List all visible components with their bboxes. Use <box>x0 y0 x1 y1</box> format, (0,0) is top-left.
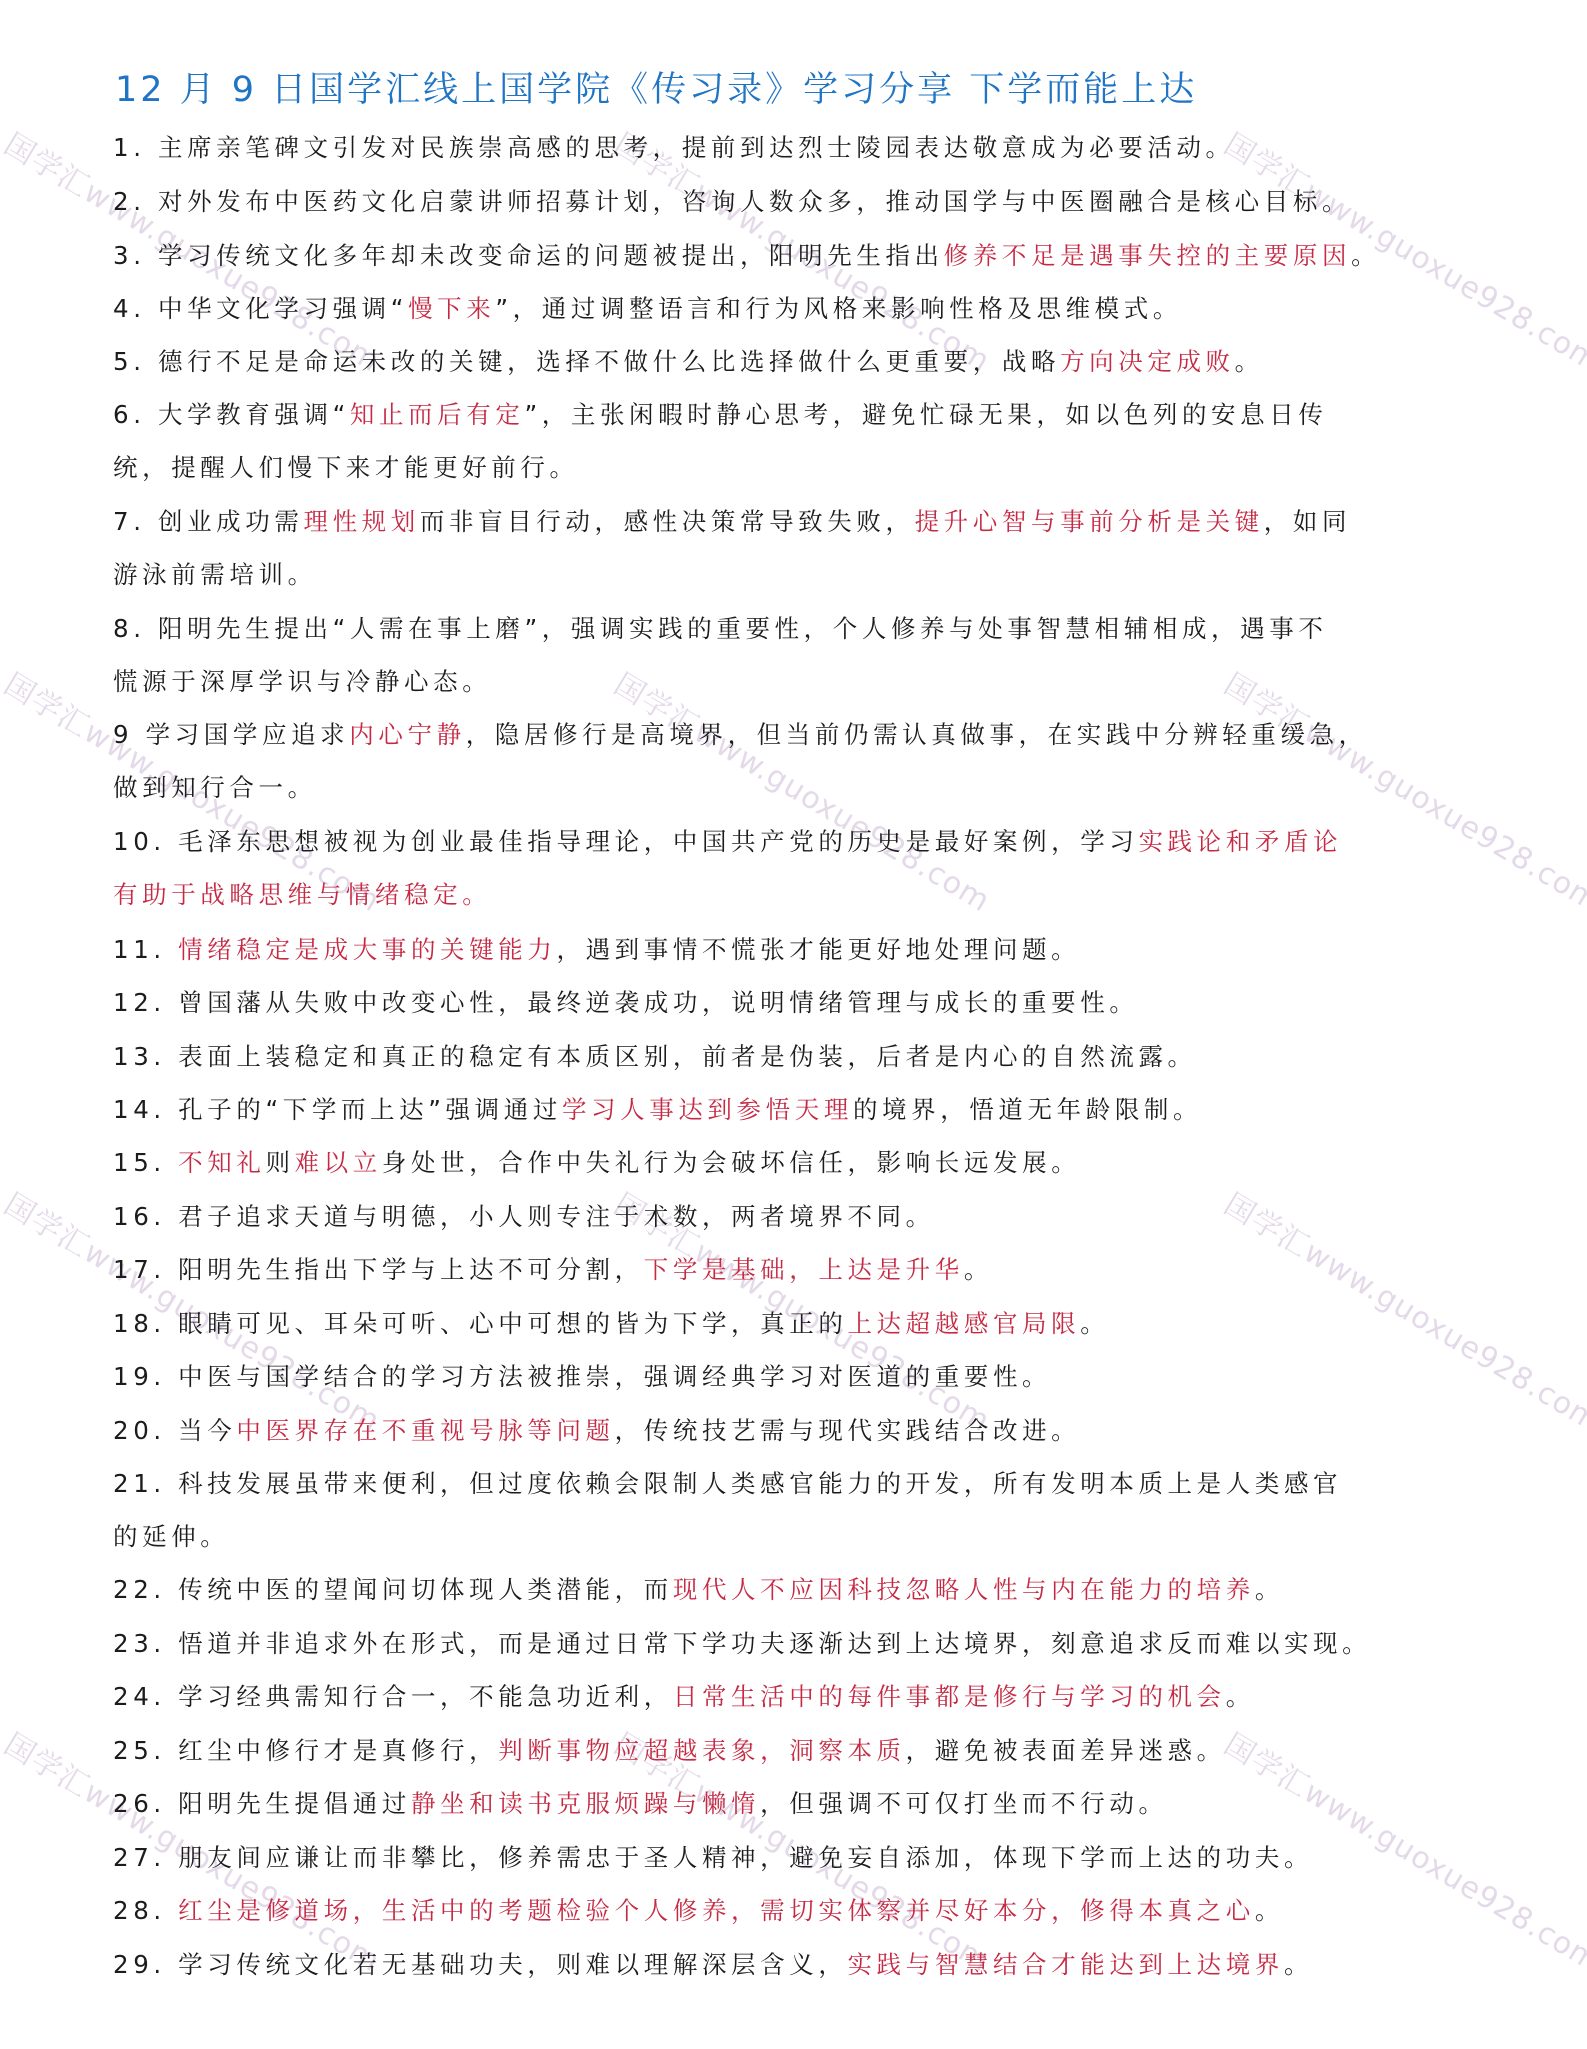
note-text: 。 <box>1235 347 1264 376</box>
note-line: 游泳前需培训。 <box>113 557 317 593</box>
note-line: 5. 德行不足是命运未改的关键，选择不做什么比选择做什么更重要，战略方向决定成败… <box>113 344 1264 380</box>
note-line: 23. 悟道并非追求外在形式，而是通过日常下学功夫逐渐达到上达境界，刻意追求反而… <box>113 1626 1371 1662</box>
note-line: 15. 不知礼则难以立身处世，合作中失礼行为会破坏信任，影响长远发展。 <box>113 1145 1080 1181</box>
note-line: 9 学习国学应追求内心宁静，隐居修行是高境界，但当前仍需认真做事，在实践中分辨轻… <box>113 717 1368 753</box>
note-line: 25. 红尘中修行才是真修行，判断事物应超越表象，洞察本质，避免被表面差异迷惑。 <box>113 1733 1226 1769</box>
note-text: 游泳前需培训。 <box>113 560 317 589</box>
note-text: 11. <box>113 935 178 964</box>
note-line: 4. 中华文化学习强调“慢下来”，通过调整语言和行为风格来影响性格及思维模式。 <box>113 291 1182 327</box>
note-text: 。 <box>1255 1896 1284 1925</box>
note-text: ，传统技艺需与现代实践结合改进。 <box>615 1416 1081 1445</box>
note-line: 10. 毛泽东思想被视为创业最佳指导理论，中国共产党的历史是最好案例，学习实践论… <box>113 824 1342 860</box>
note-text: 做到知行合一。 <box>113 773 317 802</box>
note-text: 25. 红尘中修行才是真修行， <box>113 1736 498 1765</box>
note-text: 28. <box>113 1896 178 1925</box>
highlighted-text: 中医界存在不重视号脉等问题 <box>236 1416 614 1445</box>
note-text: 6. 大学教育强调“ <box>113 400 350 429</box>
note-text: 5. 德行不足是命运未改的关键，选择不做什么比选择做什么更重要，战略 <box>113 347 1060 376</box>
note-text: 14. 孔子的“下学而上达”强调通过 <box>113 1095 562 1124</box>
note-line: 17. 阳明先生指出下学与上达不可分割，下学是基础，上达是升华。 <box>113 1252 993 1288</box>
note-text: 的境界，悟道无年龄限制。 <box>853 1095 1202 1124</box>
note-text: 统，提醒人们慢下来才能更好前行。 <box>113 453 579 482</box>
note-text: ，遇到事情不慌张才能更好地处理问题。 <box>556 935 1080 964</box>
note-line: 有助于战略思维与情绪稳定。 <box>113 877 491 913</box>
note-text: 17. 阳明先生指出下学与上达不可分割， <box>113 1255 644 1284</box>
note-text: 29. 学习传统文化若无基础功夫，则难以理解深层含义， <box>113 1950 847 1979</box>
note-text: 26. 阳明先生提倡通过 <box>113 1789 411 1818</box>
highlighted-text: 实践与智慧结合才能达到上达境界 <box>847 1950 1284 1979</box>
note-text: 7. 创业成功需 <box>113 507 303 536</box>
note-line: 26. 阳明先生提倡通过静坐和读书克服烦躁与懒惰，但强调不可仅打坐而不行动。 <box>113 1786 1168 1822</box>
highlighted-text: 学习人事达到参悟天理 <box>562 1095 853 1124</box>
note-text: 4. 中华文化学习强调“ <box>113 294 408 323</box>
note-text: 13. 表面上装稳定和真正的稳定有本质区别，前者是伪装，后者是内心的自然流露。 <box>113 1042 1197 1071</box>
highlighted-text: 红尘是修道场，生活中的考题检验个人修养，需切实体察并尽好本分，修得本真之心 <box>178 1896 1255 1925</box>
note-text: 9 学习国学应追求 <box>113 720 349 749</box>
highlighted-text: 静坐和读书克服烦躁与懒惰 <box>411 1789 760 1818</box>
note-text: 身处世，合作中失礼行为会破坏信任，影响长远发展。 <box>382 1148 1080 1177</box>
note-text: 21. 科技发展虽带来便利，但过度依赖会限制人类感官能力的开发，所有发明本质上是… <box>113 1469 1342 1498</box>
highlighted-text: 下学是基础，上达是升华 <box>644 1255 964 1284</box>
note-text: 23. 悟道并非追求外在形式，而是通过日常下学功夫逐渐达到上达境界，刻意追求反而… <box>113 1629 1371 1658</box>
note-line: 慌源于深厚学识与冷静心态。 <box>113 664 491 700</box>
note-text: 16. 君子追求天道与明德，小人则专注于术数，两者境界不同。 <box>113 1202 935 1231</box>
note-line: 19. 中医与国学结合的学习方法被推崇，强调经典学习对医道的重要性。 <box>113 1359 1051 1395</box>
note-text: 2. 对外发布中医药文化启蒙讲师招募计划，咨询人数众多，推动国学与中医圈融合是核… <box>113 187 1351 216</box>
note-line: 24. 学习经典需知行合一，不能急功近利，日常生活中的每件事都是修行与学习的机会… <box>113 1679 1255 1715</box>
note-text: 3. 学习传统文化多年却未改变命运的问题被提出，阳明先生指出 <box>113 241 944 270</box>
note-text: 1. 主席亲笔碑文引发对民族崇高感的思考，提前到达烈士陵园表达敬意成为必要活动。 <box>113 133 1235 162</box>
highlighted-text: 有助于战略思维与情绪稳定。 <box>113 880 491 909</box>
note-line: 12. 曾国藩从失败中改变心性，最终逆袭成功，说明情绪管理与成长的重要性。 <box>113 985 1138 1021</box>
note-text: 27. 朋友间应谦让而非攀比，修养需忠于圣人精神，避免妄自添加，体现下学而上达的… <box>113 1843 1313 1872</box>
note-text: 。 <box>1226 1682 1255 1711</box>
highlighted-text: 实践论和矛盾论 <box>1138 827 1342 856</box>
note-line: 统，提醒人们慢下来才能更好前行。 <box>113 450 579 486</box>
highlighted-text: 方向决定成败 <box>1060 347 1235 376</box>
note-text: 慌源于深厚学识与冷静心态。 <box>113 667 491 696</box>
note-text: 18. 眼睛可见、耳朵可听、心中可想的皆为下学，真正的 <box>113 1309 847 1338</box>
note-text: 10. 毛泽东思想被视为创业最佳指导理论，中国共产党的历史是最好案例，学习 <box>113 827 1138 856</box>
highlighted-text: 慢下来 <box>408 294 495 323</box>
highlighted-text: 知止而后有定 <box>350 400 525 429</box>
note-text: 。 <box>1255 1575 1284 1604</box>
note-line: 18. 眼睛可见、耳朵可听、心中可想的皆为下学，真正的上达超越感官局限。 <box>113 1306 1109 1342</box>
document-content: 12 月 9 日国学汇线上国学院《传习录》学习分享 下学而能上达 1. 主席亲笔… <box>0 0 1587 2049</box>
note-line: 8. 阳明先生提出“人需在事上磨”，强调实践的重要性，个人修养与处事智慧相辅相成… <box>113 611 1327 647</box>
note-line: 27. 朋友间应谦让而非攀比，修养需忠于圣人精神，避免妄自添加，体现下学而上达的… <box>113 1840 1313 1876</box>
note-line: 16. 君子追求天道与明德，小人则专注于术数，两者境界不同。 <box>113 1199 935 1235</box>
highlighted-text: 日常生活中的每件事都是修行与学习的机会 <box>673 1682 1226 1711</box>
note-text: 。 <box>1284 1950 1313 1979</box>
note-line: 22. 传统中医的望闻问切体现人类潜能，而现代人不应因科技忽略人性与内在能力的培… <box>113 1572 1284 1608</box>
note-line: 3. 学习传统文化多年却未改变命运的问题被提出，阳明先生指出修养不足是遇事失控的… <box>113 238 1380 274</box>
note-line: 29. 学习传统文化若无基础功夫，则难以理解深层含义，实践与智慧结合才能达到上达… <box>113 1947 1313 1983</box>
note-line: 1. 主席亲笔碑文引发对民族崇高感的思考，提前到达烈士陵园表达敬意成为必要活动。 <box>113 130 1235 166</box>
highlighted-text: 情绪稳定是成大事的关键能力 <box>178 935 556 964</box>
highlighted-text: 难以立 <box>295 1148 382 1177</box>
note-line: 做到知行合一。 <box>113 770 317 806</box>
highlighted-text: 修养不足是遇事失控的主要原因 <box>944 241 1351 270</box>
note-text: 。 <box>964 1255 993 1284</box>
highlighted-text: 内心宁静 <box>349 720 465 749</box>
note-text: 。 <box>1080 1309 1109 1338</box>
highlighted-text: 现代人不应因科技忽略人性与内在能力的培养 <box>673 1575 1255 1604</box>
note-line: 2. 对外发布中医药文化启蒙讲师招募计划，咨询人数众多，推动国学与中医圈融合是核… <box>113 184 1351 220</box>
highlighted-text: 上达超越感官局限 <box>847 1309 1080 1338</box>
note-text: 的延伸。 <box>113 1522 229 1551</box>
document-title: 12 月 9 日国学汇线上国学院《传习录》学习分享 下学而能上达 <box>115 66 1197 114</box>
note-text: 22. 传统中医的望闻问切体现人类潜能，而 <box>113 1575 673 1604</box>
note-text: 12. 曾国藩从失败中改变心性，最终逆袭成功，说明情绪管理与成长的重要性。 <box>113 988 1138 1017</box>
note-line: 13. 表面上装稳定和真正的稳定有本质区别，前者是伪装，后者是内心的自然流露。 <box>113 1039 1197 1075</box>
note-text: ”，通过调整语言和行为风格来影响性格及思维模式。 <box>495 294 1182 323</box>
note-text: 而非盲目行动，感性决策常导致失败， <box>420 507 915 536</box>
note-line: 14. 孔子的“下学而上达”强调通过学习人事达到参悟天理的境界，悟道无年龄限制。 <box>113 1092 1202 1128</box>
highlighted-text: 判断事物应超越表象，洞察本质 <box>498 1736 905 1765</box>
note-text: ，避免被表面差异迷惑。 <box>906 1736 1226 1765</box>
note-line: 20. 当今中医界存在不重视号脉等问题，传统技艺需与现代实践结合改进。 <box>113 1413 1080 1449</box>
note-line: 7. 创业成功需理性规划而非盲目行动，感性决策常导致失败，提升心智与事前分析是关… <box>113 504 1351 540</box>
highlighted-text: 不知礼 <box>178 1148 265 1177</box>
note-line: 的延伸。 <box>113 1519 229 1555</box>
note-text: ，隐居修行是高境界，但当前仍需认真做事，在实践中分辨轻重缓急， <box>466 720 1368 749</box>
highlighted-text: 提升心智与事前分析是关键 <box>915 507 1264 536</box>
note-line: 6. 大学教育强调“知止而后有定”，主张闲暇时静心思考，避免忙碌无果，如以色列的… <box>113 397 1327 433</box>
note-text: ，如同 <box>1264 507 1351 536</box>
highlighted-text: 理性规划 <box>303 507 419 536</box>
note-line: 11. 情绪稳定是成大事的关键能力，遇到事情不慌张才能更好地处理问题。 <box>113 932 1080 968</box>
document-page: 国学汇www.guoxue928.com国学汇www.guoxue928.com… <box>0 0 1587 2049</box>
note-text: 15. <box>113 1148 178 1177</box>
note-line: 28. 红尘是修道场，生活中的考题检验个人修养，需切实体察并尽好本分，修得本真之… <box>113 1893 1284 1929</box>
note-text: 20. 当今 <box>113 1416 236 1445</box>
note-text: 19. 中医与国学结合的学习方法被推崇，强调经典学习对医道的重要性。 <box>113 1362 1051 1391</box>
note-text: 8. 阳明先生提出“人需在事上磨”，强调实践的重要性，个人修养与处事智慧相辅相成… <box>113 614 1327 643</box>
note-text: ，但强调不可仅打坐而不行动。 <box>760 1789 1167 1818</box>
note-text: 24. 学习经典需知行合一，不能急功近利， <box>113 1682 673 1711</box>
note-text: 。 <box>1351 241 1380 270</box>
note-text: 则 <box>265 1148 294 1177</box>
note-text: ”，主张闲暇时静心思考，避免忙碌无果，如以色列的安息日传 <box>524 400 1327 429</box>
note-line: 21. 科技发展虽带来便利，但过度依赖会限制人类感官能力的开发，所有发明本质上是… <box>113 1466 1342 1502</box>
